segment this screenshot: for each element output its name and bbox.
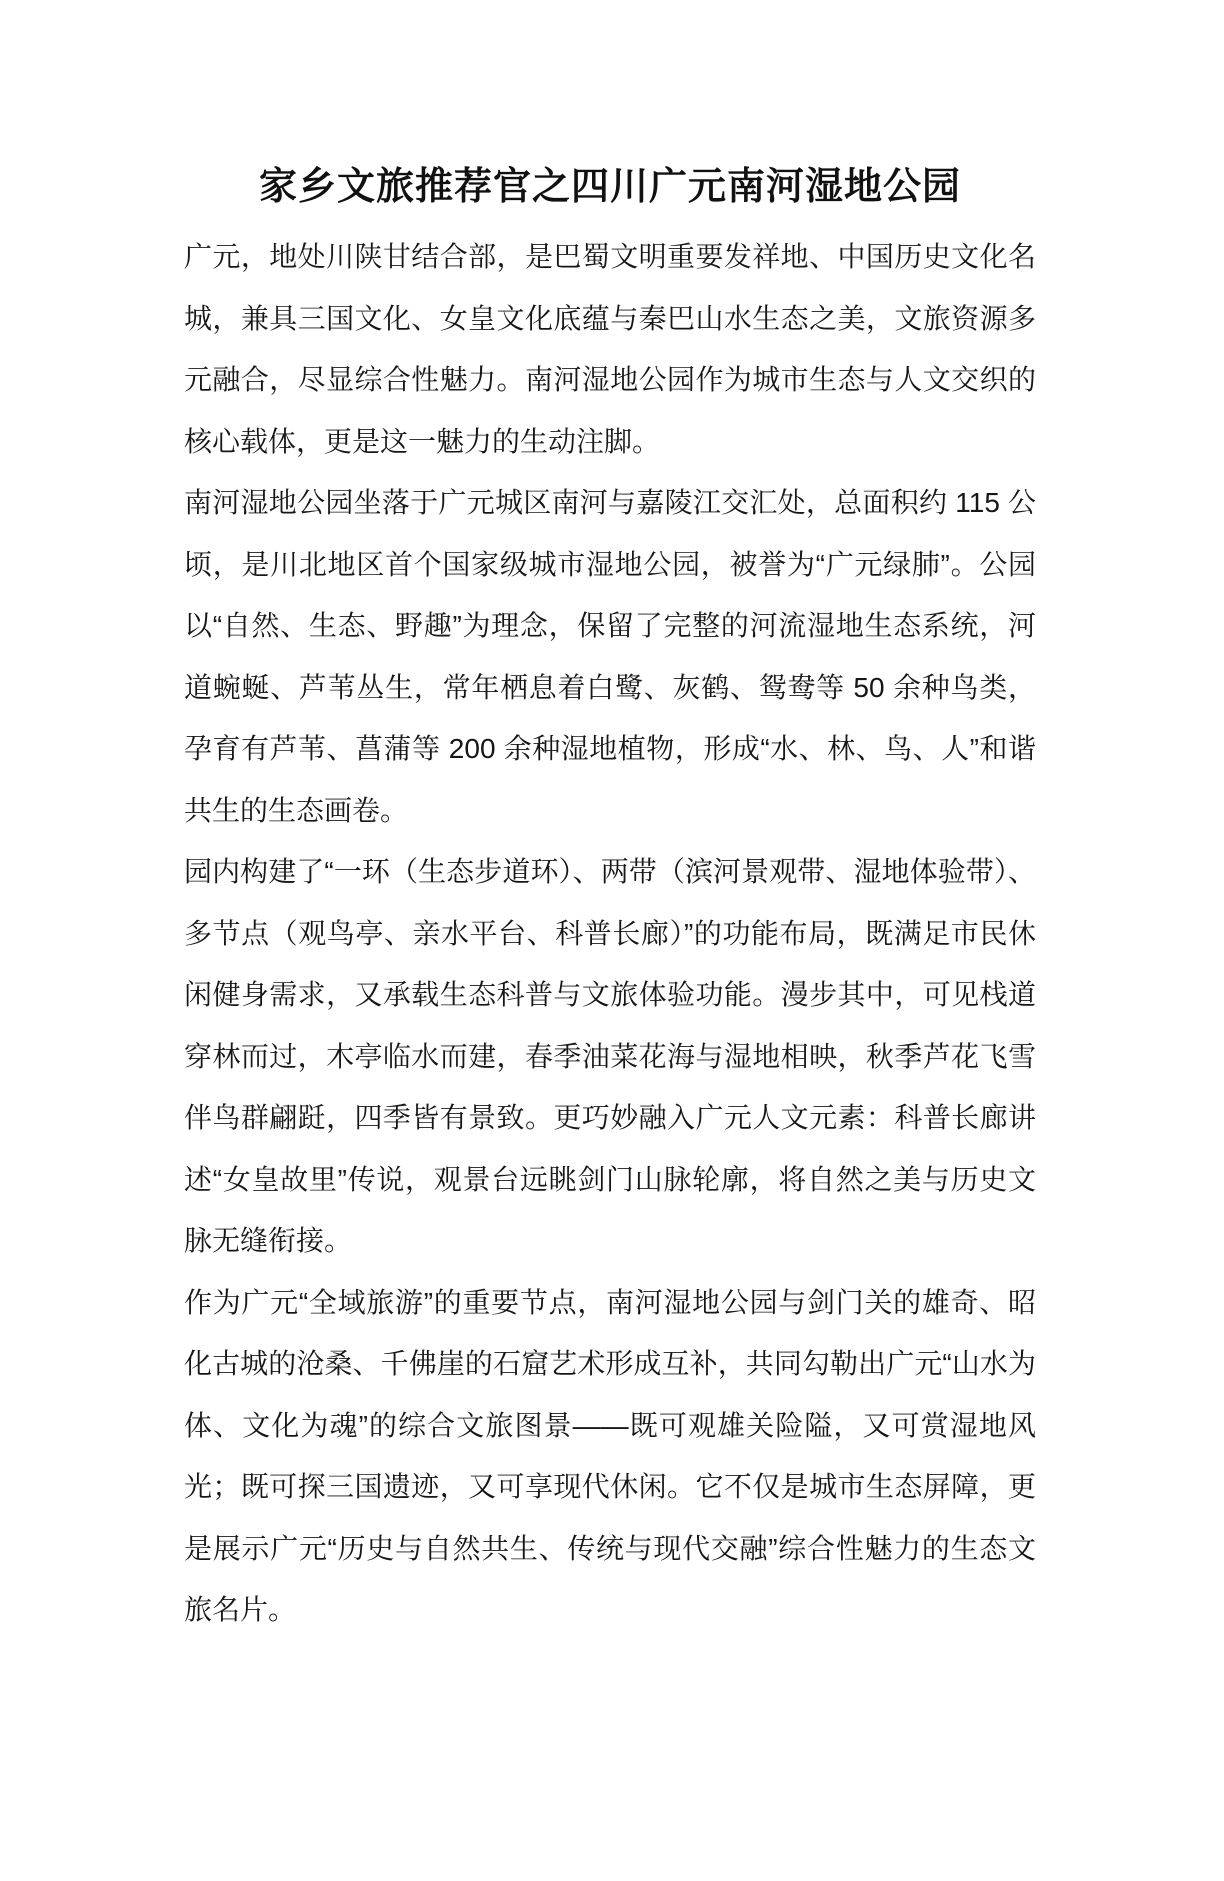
document-page: 家乡文旅推荐官之四川广元南河湿地公园 广元，地处川陕甘结合部，是巴蜀文明重要发祥…	[184, 0, 1036, 1641]
document-title: 家乡文旅推荐官之四川广元南河湿地公园	[184, 162, 1036, 212]
paragraph-park-overview: 南河湿地公园坐落于广元城区南河与嘉陵江交汇处，总面积约 115 公顷，是川北地区…	[184, 472, 1036, 841]
paragraph-tourism-role: 作为广元“全域旅游”的重要节点，南河湿地公园与剑门关的雄奇、昭化古城的沧桑、千佛…	[184, 1272, 1036, 1641]
paragraph-layout-features: 园内构建了“一环（生态步道环）、两带（滨河景观带、湿地体验带）、多节点（观鸟亭、…	[184, 841, 1036, 1272]
paragraph-intro: 广元，地处川陕甘结合部，是巴蜀文明重要发祥地、中国历史文化名城，兼具三国文化、女…	[184, 226, 1036, 472]
